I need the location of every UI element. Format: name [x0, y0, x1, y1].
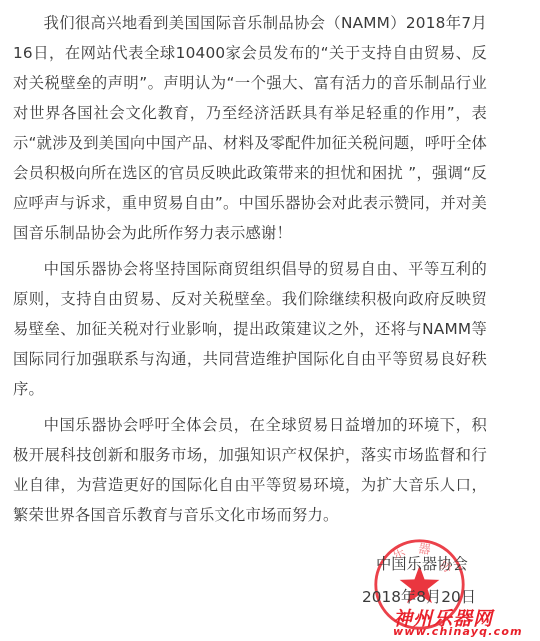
watermark-url: www.chinayq.com — [393, 625, 523, 638]
signature-block: 乐 器 协 中国乐器协会 2018年8月20日 神州乐器网 www.chinay… — [0, 0, 540, 641]
signature-organization: 中国乐器协会 — [376, 552, 468, 574]
